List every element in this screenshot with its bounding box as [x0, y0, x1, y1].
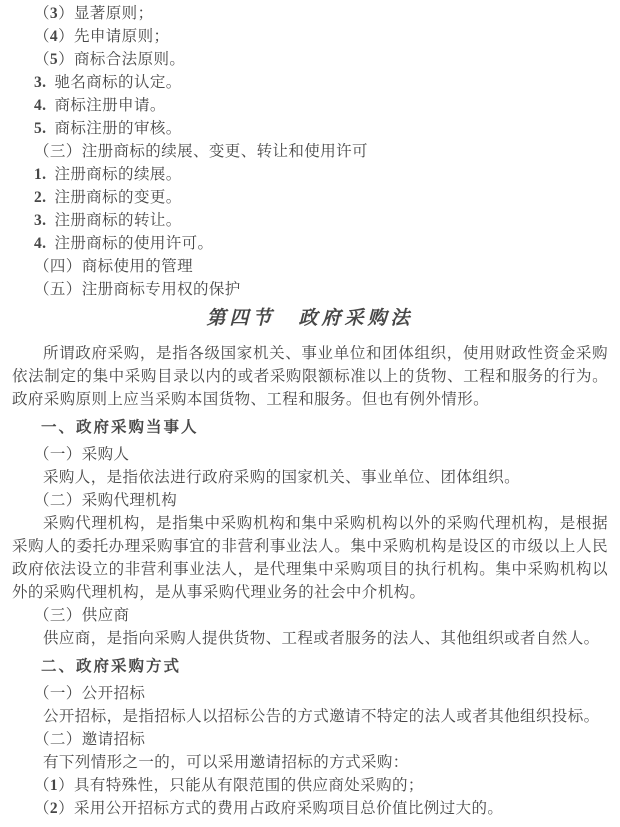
list-item-prefix: 4.	[34, 235, 46, 252]
list-item-prefix: （一）	[34, 685, 82, 702]
outline-line: （四）商标使用的管理	[12, 255, 608, 278]
list-item-prefix: （五）	[34, 281, 82, 298]
subsection-heading: 二、政府采购方式	[12, 655, 608, 678]
outline-line: 4.注册商标的使用许可。	[12, 232, 608, 255]
body-paragraph: 有下列情形之一的，可以采用邀请招标的方式采购：	[12, 751, 608, 774]
line-text: 商标注册申请。	[54, 97, 165, 114]
outline-line: 3.注册商标的转让。	[12, 209, 608, 232]
outline-line: 2.注册商标的变更。	[12, 186, 608, 209]
body-paragraph: 公开招标，是指招标人以招标公告的方式邀请不特定的法人或者其他组织投标。	[12, 705, 608, 728]
outline-line: （二）邀请招标	[12, 728, 608, 751]
line-text: 商标使用的管理	[82, 258, 193, 275]
line-text: 邀请招标	[82, 731, 146, 748]
list-item-prefix: （二）	[34, 731, 82, 748]
list-item-prefix: （一）	[34, 446, 82, 463]
line-text: 注册商标的续展。	[54, 166, 181, 183]
line-text: 先申请原则；	[74, 28, 169, 45]
list-item-prefix: （1）	[34, 777, 74, 794]
outline-line: （1）具有特殊性，只能从有限范围的供应商处采购的；	[12, 774, 608, 797]
outline-line: （一）公开招标	[12, 682, 608, 705]
outline-line: （4）先申请原则；	[12, 25, 608, 48]
line-text: 采购人，是指依法进行政府采购的国家机关、事业单位、团体组织。	[43, 469, 520, 486]
section-title: 第四节 政府采购法	[12, 305, 608, 333]
line-text: 二、政府采购方式	[41, 658, 181, 675]
list-item-prefix: （3）	[34, 5, 74, 22]
list-item-prefix: 1.	[34, 166, 46, 183]
line-text: 注册商标的变更。	[54, 189, 181, 206]
list-item-prefix: 5.	[34, 120, 46, 137]
list-item-prefix: 3.	[34, 212, 46, 229]
line-text: 供应商，是指向采购人提供货物、工程或者服务的法人、其他组织或者自然人。	[43, 630, 600, 647]
list-item-prefix: 3.	[34, 74, 46, 91]
line-text: 采购代理机构，是指集中采购机构和集中采购机构以外的采购代理机构，是根据采购人的委…	[12, 515, 608, 601]
list-item-prefix: （4）	[34, 28, 74, 45]
line-text: 采购人	[82, 446, 130, 463]
outline-line: 3.驰名商标的认定。	[12, 71, 608, 94]
line-text: 商标注册的审核。	[54, 120, 181, 137]
list-item-prefix: （5）	[34, 51, 74, 68]
outline-line: （2）采用公开招标方式的费用占政府采购项目总价值比例过大的。	[12, 797, 608, 820]
line-text: 注册商标的使用许可。	[54, 235, 213, 252]
outline-line: （三）注册商标的续展、变更、转让和使用许可	[12, 140, 608, 163]
list-item-prefix: （2）	[34, 800, 74, 817]
body-paragraph: 供应商，是指向采购人提供货物、工程或者服务的法人、其他组织或者自然人。	[12, 627, 608, 650]
outline-line: 5.商标注册的审核。	[12, 117, 608, 140]
line-text: 注册商标的转让。	[54, 212, 181, 229]
body-paragraph: 采购人，是指依法进行政府采购的国家机关、事业单位、团体组织。	[12, 466, 608, 489]
outline-line: 4.商标注册申请。	[12, 94, 608, 117]
line-text: 具有特殊性，只能从有限范围的供应商处采购的；	[74, 777, 424, 794]
body-paragraph: 采购代理机构，是指集中采购机构和集中采购机构以外的采购代理机构，是根据采购人的委…	[12, 512, 608, 604]
list-item-prefix: （三）	[34, 143, 82, 160]
outline-line: （五）注册商标专用权的保护	[12, 278, 608, 301]
subsection-heading: 一、政府采购当事人	[12, 416, 608, 439]
line-text: 公开招标，是指招标人以招标公告的方式邀请不特定的法人或者其他组织投标。	[43, 708, 600, 725]
line-text: 驰名商标的认定。	[54, 74, 181, 91]
line-text: 公开招标	[82, 685, 146, 702]
line-text: 采购代理机构	[82, 492, 177, 509]
outline-line: 1.注册商标的续展。	[12, 163, 608, 186]
section-title-text: 第四节 政府采购法	[206, 308, 413, 329]
outline-line: （一）采购人	[12, 443, 608, 466]
page-content: （3）显著原则；（4）先申请原则；（5）商标合法原则。3.驰名商标的认定。4.商…	[12, 2, 608, 820]
line-text: 所谓政府采购，是指各级国家机关、事业单位和团体组织，使用财政性资金采购依法制定的…	[12, 345, 608, 408]
list-item-prefix: 4.	[34, 97, 46, 114]
list-item-prefix: （三）	[34, 607, 82, 624]
line-text: 显著原则；	[74, 5, 154, 22]
list-item-prefix: （四）	[34, 258, 82, 275]
outline-line: （三）供应商	[12, 604, 608, 627]
line-text: 商标合法原则。	[74, 51, 185, 68]
line-text: 一、政府采购当事人	[41, 419, 199, 436]
outline-line: （二）采购代理机构	[12, 489, 608, 512]
list-item-prefix: （二）	[34, 492, 82, 509]
outline-line: （3）显著原则；	[12, 2, 608, 25]
line-text: 有下列情形之一的，可以采用邀请招标的方式采购：	[43, 754, 409, 771]
line-text: 注册商标的续展、变更、转让和使用许可	[82, 143, 368, 160]
outline-line: （5）商标合法原则。	[12, 48, 608, 71]
line-text: 供应商	[82, 607, 130, 624]
body-paragraph: 所谓政府采购，是指各级国家机关、事业单位和团体组织，使用财政性资金采购依法制定的…	[12, 342, 608, 411]
document-page: （3）显著原则；（4）先申请原则；（5）商标合法原则。3.驰名商标的认定。4.商…	[0, 0, 620, 827]
list-item-prefix: 2.	[34, 189, 46, 206]
line-text: 注册商标专用权的保护	[82, 281, 241, 298]
line-text: 采用公开招标方式的费用占政府采购项目总价值比例过大的。	[74, 800, 503, 817]
